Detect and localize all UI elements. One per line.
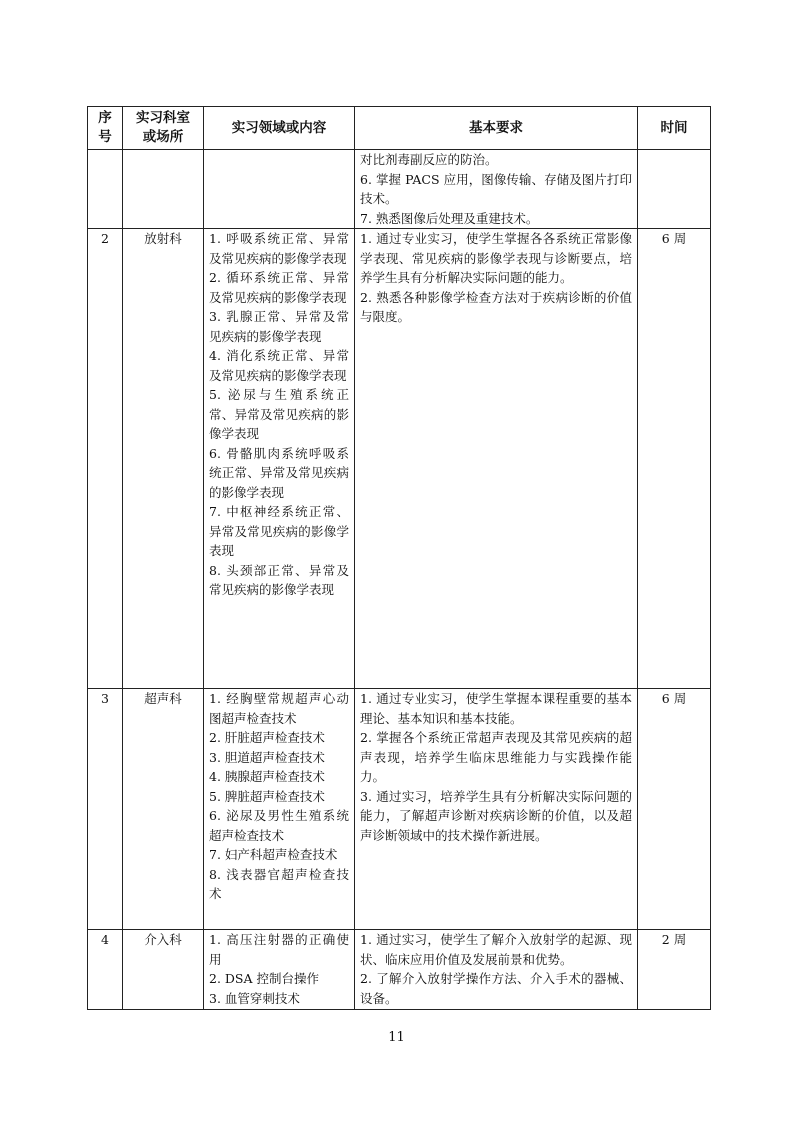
content-item: 8. 头颈部正常、异常及常见疾病的影像学表现 [209, 561, 349, 600]
internship-plan-table: 序 号 实习科室 或场所 实习领域或内容 基本要求 时间 对比剂毒副反应的防治。 [87, 106, 711, 1010]
content-item: 2. 肝脏超声检查技术 [209, 728, 349, 748]
content-item: 3. 胆道超声检查技术 [209, 748, 349, 768]
cell-content [204, 150, 355, 229]
requirement-item: 1. 通过专业实习，使学生掌握各各系统正常影像学表现、常见疾病的影像学表现与诊断… [360, 229, 632, 288]
cell-department: 放射科 [123, 229, 204, 689]
content-item: 4. 胰腺超声检查技术 [209, 767, 349, 787]
content-item: 7. 妇产科超声检查技术 [209, 845, 349, 865]
cell-department: 介入科 [123, 930, 204, 1010]
cell-department: 超声科 [123, 689, 204, 930]
table-row: 4 介入科 1. 高压注射器的正确使用 2. DSA 控制台操作 3. 血管穿刺… [88, 930, 711, 1010]
table-row: 2 放射科 1. 呼吸系统正常、异常及常见疾病的影像学表现 2. 循环系统正常、… [88, 229, 711, 689]
requirement-item: 7. 熟悉图像后处理及重建技术。 [360, 209, 632, 229]
cell-num [88, 150, 123, 229]
content-item: 3. 血管穿刺技术 [209, 989, 349, 1009]
cell-time: 6 周 [638, 689, 711, 930]
content-item: 6. 骨骼肌肉系统呼吸系统正常、异常及常见疾病的影像学表现 [209, 444, 349, 503]
cell-requirements: 1. 通过实习，使学生了解介入放射学的起源、现状、临床应用价值及发展前景和优势。… [355, 930, 638, 1010]
header-requirements: 基本要求 [355, 107, 638, 150]
table-header-row: 序 号 实习科室 或场所 实习领域或内容 基本要求 时间 [88, 107, 711, 150]
cell-time [638, 150, 711, 229]
cell-department [123, 150, 204, 229]
content-item: 5. 泌尿与生殖系统正常、异常及常见疾病的影像学表现 [209, 385, 349, 444]
cell-requirements: 1. 通过专业实习，使学生掌握本课程重要的基本理论、基本知识和基本技能。 2. … [355, 689, 638, 930]
cell-content: 1. 呼吸系统正常、异常及常见疾病的影像学表现 2. 循环系统正常、异常及常见疾… [204, 229, 355, 689]
requirement-item: 1. 通过实习，使学生了解介入放射学的起源、现状、临床应用价值及发展前景和优势。 [360, 930, 632, 969]
content-item: 6. 泌尿及男性生殖系统超声检查技术 [209, 806, 349, 845]
document-page: 序 号 实习科室 或场所 实习领域或内容 基本要求 时间 对比剂毒副反应的防治。 [0, 0, 793, 1122]
header-content: 实习领域或内容 [204, 107, 355, 150]
page-number: 11 [0, 1030, 793, 1045]
cell-time: 6 周 [638, 229, 711, 689]
content-item: 2. DSA 控制台操作 [209, 969, 349, 989]
header-department: 实习科室 或场所 [123, 107, 204, 150]
requirement-item: 2. 熟悉各种影像学检查方法对于疾病诊断的价值与限度。 [360, 288, 632, 327]
content-item: 7. 中枢神经系统正常、异常及常见疾病的影像学表现 [209, 502, 349, 561]
cell-content: 1. 经胸壁常规超声心动图超声检查技术 2. 肝脏超声检查技术 3. 胆道超声检… [204, 689, 355, 930]
cell-num: 3 [88, 689, 123, 930]
content-item: 8. 浅表器官超声检查技术 [209, 865, 349, 904]
cell-requirements: 对比剂毒副反应的防治。 6. 掌握 PACS 应用，图像传输、存储及图片打印技术… [355, 150, 638, 229]
cell-num: 2 [88, 229, 123, 689]
table-row: 3 超声科 1. 经胸壁常规超声心动图超声检查技术 2. 肝脏超声检查技术 3.… [88, 689, 711, 930]
content-item: 1. 呼吸系统正常、异常及常见疾病的影像学表现 [209, 229, 349, 268]
content-item: 1. 经胸壁常规超声心动图超声检查技术 [209, 689, 349, 728]
requirement-item: 2. 掌握各个系统正常超声表现及其常见疾病的超声表现，培养学生临床思维能力与实践… [360, 728, 632, 787]
cell-requirements: 1. 通过专业实习，使学生掌握各各系统正常影像学表现、常见疾病的影像学表现与诊断… [355, 229, 638, 689]
content-item: 5. 脾脏超声检查技术 [209, 787, 349, 807]
requirement-item: 1. 通过专业实习，使学生掌握本课程重要的基本理论、基本知识和基本技能。 [360, 689, 632, 728]
requirement-item: 3. 通过实习，培养学生具有分析解决实际问题的能力，了解超声诊断对疾病诊断的价值… [360, 787, 632, 846]
content-item: 4. 消化系统正常、异常及常见疾病的影像学表现 [209, 346, 349, 385]
cell-time: 2 周 [638, 930, 711, 1010]
requirement-item: 2. 了解介入放射学操作方法、介入手术的器械、设备。 [360, 969, 632, 1008]
table-row: 对比剂毒副反应的防治。 6. 掌握 PACS 应用，图像传输、存储及图片打印技术… [88, 150, 711, 229]
content-item: 2. 循环系统正常、异常及常见疾病的影像学表现 [209, 268, 349, 307]
cell-num: 4 [88, 930, 123, 1010]
header-time: 时间 [638, 107, 711, 150]
requirement-item: 对比剂毒副反应的防治。 [360, 150, 632, 170]
content-item: 3. 乳腺正常、异常及常见疾病的影像学表现 [209, 307, 349, 346]
content-item: 1. 高压注射器的正确使用 [209, 930, 349, 969]
cell-content: 1. 高压注射器的正确使用 2. DSA 控制台操作 3. 血管穿刺技术 [204, 930, 355, 1010]
requirement-item: 6. 掌握 PACS 应用，图像传输、存储及图片打印技术。 [360, 170, 632, 209]
header-num: 序 号 [88, 107, 123, 150]
